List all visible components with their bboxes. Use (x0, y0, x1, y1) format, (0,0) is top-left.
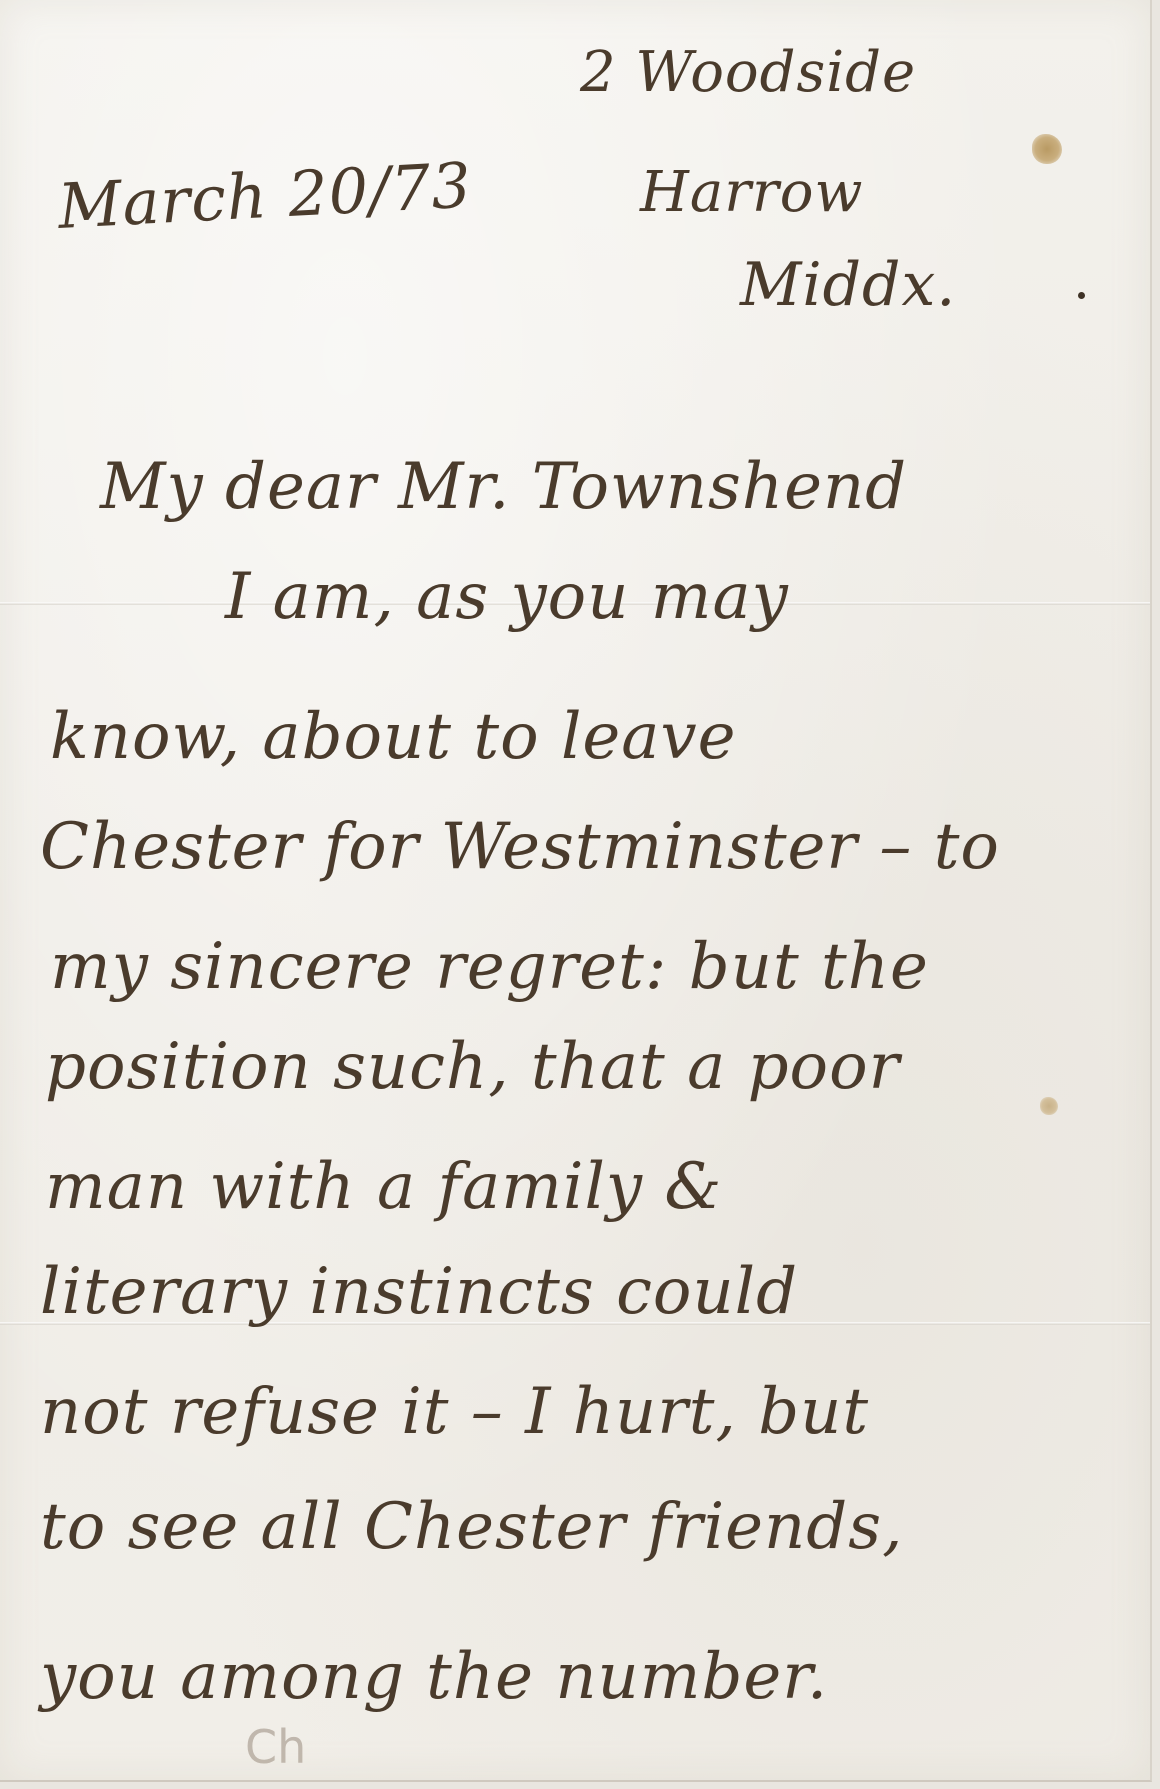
body-line-1: I am, as you may (225, 560, 789, 634)
pencil-annotation: Ch (245, 1720, 306, 1774)
body-line-4: my sincere regret: but the (50, 930, 929, 1004)
body-line-5: position such, that a poor (45, 1030, 900, 1104)
body-line-6: man with a family & (45, 1150, 722, 1224)
body-line-9: to see all Chester friends, (40, 1490, 903, 1564)
body-line-10: you among the number. (40, 1640, 828, 1714)
body-line-3: Chester for Westminster – to (40, 810, 1000, 884)
ink-stain (1032, 134, 1062, 164)
letter-date: March 20/73 (56, 148, 473, 243)
address-line-3: Middx. (740, 250, 956, 320)
body-line-2: know, about to leave (50, 700, 736, 774)
body-line-7: literary instincts could (40, 1255, 798, 1329)
address-line-1: 2 Woodside (580, 40, 916, 105)
ink-stain (1040, 1097, 1058, 1115)
ink-dot (1078, 292, 1085, 299)
address-line-2: Harrow (640, 160, 863, 225)
body-line-8: not refuse it – I hurt, but (40, 1375, 869, 1449)
letter-page: 2 Woodside Harrow Middx. March 20/73 My … (0, 0, 1152, 1782)
salutation: My dear Mr. Townshend (100, 450, 907, 524)
